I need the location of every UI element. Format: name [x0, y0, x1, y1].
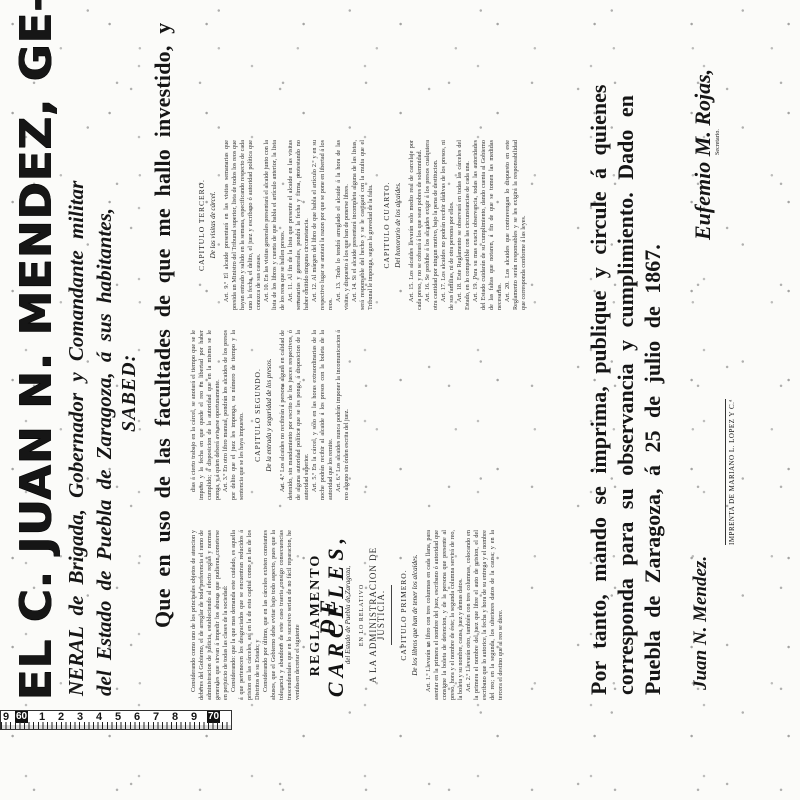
- article-1: Art. 1.º Llevarán un libro con tres colu…: [425, 530, 465, 700]
- capitulo-tercero-heading: CAPITULO TERCERO.: [198, 140, 206, 310]
- article-15: Art. 15. Los alcaides llevarán solo medi…: [408, 140, 424, 310]
- decree-title: EL C. JUAN N. MENDEZ, GE-: [12, 88, 62, 700]
- capitulo-tercero-subheading: De las visitas de cárcel.: [209, 140, 217, 310]
- considerando-2: Considerando: que la que mas demanda est…: [230, 530, 262, 700]
- article-20: Art. 20. Los alcaides que contravengan l…: [504, 140, 528, 310]
- capitulo-cuarto-subheading: Del honorario de los alcaides.: [394, 140, 402, 310]
- article-16: Art. 16. Se prohibe á los alcaides exigi…: [424, 140, 440, 310]
- article-2: Art. 2.º Llevarán otro, también con tres…: [465, 530, 505, 700]
- capitulo-primero-subheading: De los libros que han de tener los alcai…: [411, 530, 419, 700]
- closing-line-2: corresponda para su observancia y cumpli…: [612, 85, 639, 695]
- considerando-1: Considerando como uno de los principales…: [190, 530, 230, 700]
- article-4: Art. 4.º Los alcaides no recibirán á per…: [279, 330, 311, 500]
- article-19: Art. 19. Para su mas exacta observancia,…: [472, 140, 504, 310]
- measurement-ruler: 9 60 1 2 3 4 5 6 7 8 9 70: [0, 710, 232, 730]
- divider: [391, 585, 392, 645]
- article-13: Art. 13. Todo lo tendrá arreglado el alc…: [335, 140, 351, 310]
- administracion-justicia: A LA ADMINISTRACION DE JUSTICIA.: [369, 530, 385, 700]
- column-2: dias á cierto trabajo en la cárcel, se a…: [190, 330, 570, 500]
- printer-imprint: IMPRENTA DE MARIANO L. LOPEZ Y C.ª: [725, 399, 736, 545]
- closing-line-1: Por tanto, mando se imprima, publique y …: [585, 85, 612, 695]
- considerando-3: Considerando por último, que en las cárc…: [262, 530, 302, 700]
- carceles-heading: DE CARCELES,: [324, 530, 340, 700]
- capitulo-cuarto-heading: CAPITULO CUARTO.: [383, 140, 391, 310]
- article-11: Art. 11. Al fin de la lista que presente…: [287, 140, 311, 310]
- intro-line: Que en uso de las facultades de que me h…: [150, 23, 176, 628]
- column-3: CAPITULO TERCERO. De las visitas de cárc…: [190, 140, 570, 310]
- article-12: Art. 12. Al márgen del libro de que habl…: [311, 140, 335, 310]
- article-5: Art. 5.º En la cárcel, y sólo en las hor…: [311, 330, 335, 500]
- capitulo-segundo-subheading: De la entrada y seguridad de los presos.: [265, 330, 273, 500]
- article-17: Art. 17. Los alcaides no podrán recibir …: [440, 140, 456, 310]
- column-1: Considerando como uno de los principales…: [190, 530, 570, 700]
- article-9: Art. 9.º El alcaide presentará en las vi…: [223, 140, 263, 310]
- capitulo-segundo-heading: CAPITULO SEGUNDO.: [254, 330, 262, 500]
- en-lo-relativo: EN LO RELATIVO: [358, 530, 366, 700]
- article-14: Art. 14. Si el alcaide presentará incomp…: [351, 140, 375, 310]
- governor-signature: Juan N. Mendez.: [690, 556, 712, 690]
- article-10: Art. 10. En las visitas generales presen…: [263, 140, 287, 310]
- closing-statement: Por tanto, mando se imprima, publique y …: [585, 85, 666, 695]
- rotated-document-page: EL C. JUAN N. MENDEZ, GE- NERAL de Briga…: [0, 0, 800, 800]
- article-6: Art. 6.º Los alcaides nunca podrán impon…: [335, 330, 351, 500]
- secretary-signature: Eufemio M. Rojas,: [690, 69, 716, 240]
- ruler-ticks: [1, 722, 231, 729]
- closing-line-3: Puebla de Zaragoza, á 25 de julio de 186…: [639, 85, 666, 695]
- col2-paragraph-1: dias á cierto trabajo en la cárcel, se a…: [190, 330, 222, 500]
- decree-subtitle-line2: del Estado de Puebla de Zaragoza, á sus …: [92, 208, 116, 696]
- sabed-heading: SABED:: [118, 354, 141, 432]
- col2-paragraph-2: Art. 3.º En otro libro manual, pondrán l…: [222, 330, 246, 500]
- secretary-role: Secretario.: [715, 129, 721, 155]
- decree-subtitle-line1: NERAL de Brigada, Gobernador y Comandant…: [64, 181, 88, 696]
- capitulo-primero-heading: CAPITULO PRIMERO.: [400, 530, 408, 700]
- article-18: Art. 18. Este Reglamento se observará en…: [456, 140, 472, 310]
